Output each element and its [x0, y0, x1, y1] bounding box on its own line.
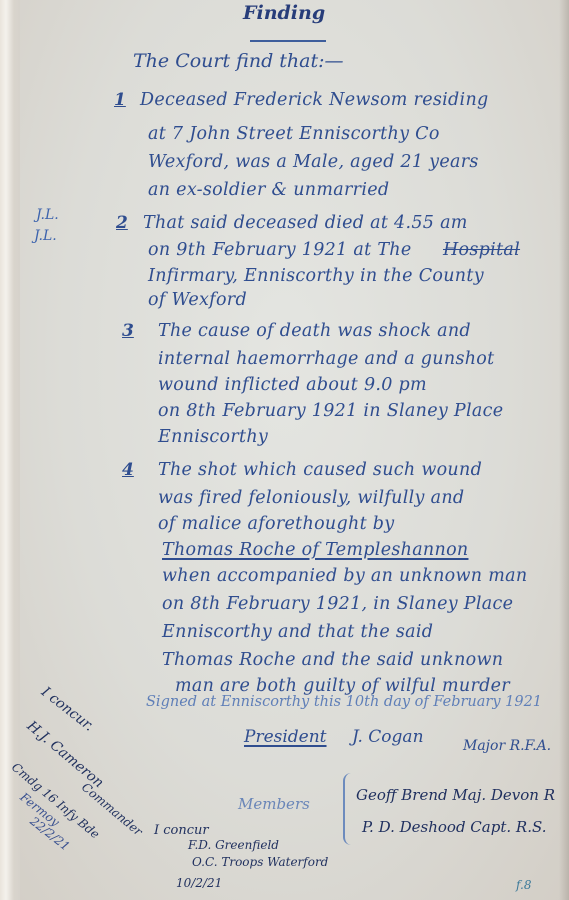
president-label: President	[244, 727, 327, 747]
finding-3-line-5: Enniscorthy	[158, 427, 268, 447]
finding-1-number: 1	[114, 90, 126, 110]
finding-4-line-1: The shot which caused such wound	[158, 460, 482, 480]
diag-concur-label: I concur.	[38, 684, 96, 735]
finding-1-line-3: Wexford, was a Male, aged 21 years	[148, 152, 479, 172]
finding-1-line-4: an ex-soldier & unmarried	[148, 180, 389, 200]
finding-3-line-4: on 8th February 1921 in Slaney Place	[158, 401, 503, 421]
president-rank: Major R.F.A.	[463, 738, 551, 754]
finding-3-line-3: wound inflicted about 9.0 pm	[158, 375, 427, 395]
finding-2-line-2: on 9th February 1921 at The	[148, 240, 412, 260]
finding-4-line-2: was fired feloniously, wilfully and	[158, 488, 464, 508]
member-1-signature: Geoff Brend Maj. Devon R	[356, 786, 555, 804]
president-signature: J. Cogan	[352, 727, 424, 747]
oc-date: 10/2/21	[176, 876, 222, 890]
finding-1-line-2: at 7 John Street Enniscorthy Co	[148, 124, 440, 144]
heading-underline	[250, 40, 326, 42]
member-2-signature: P. D. Deshood Capt. R.S.	[362, 818, 546, 836]
members-label: Members	[238, 795, 310, 813]
finding-2-number: 2	[116, 213, 128, 233]
finding-4-number: 4	[122, 460, 134, 480]
finding-3-line-1: The cause of death was shock and	[158, 321, 471, 341]
finding-4-line-6: on 8th February 1921, in Slaney Place	[162, 594, 513, 614]
finding-3-number: 3	[122, 321, 134, 341]
finding-2-line-1: That said deceased died at 4.55 am	[143, 213, 468, 233]
finding-3-line-2: internal haemorrhage and a gunshot	[158, 349, 494, 369]
finding-4-line-3: of malice aforethought by	[158, 514, 394, 534]
finding-4-line-4: Thomas Roche of Templeshannon	[162, 540, 468, 560]
margin-initials-1: J.L.	[36, 207, 59, 223]
oc-concur-label: I concur	[154, 823, 209, 838]
oc-title: O.C. Troops Waterford	[192, 855, 328, 869]
finding-4-line-8: Thomas Roche and the said unknown	[162, 650, 503, 670]
finding-2-struck-word: Hospital	[443, 240, 520, 260]
finding-2-line-3: Infirmary, Enniscorthy in the County	[148, 266, 484, 286]
finding-4-line-5: when accompanied by an unknown man	[162, 566, 527, 586]
finding-4-line-9: man are both guilty of wilful murder	[175, 676, 510, 696]
page-mark: f.8	[516, 878, 531, 892]
intro-line: The Court find that:—	[133, 50, 344, 72]
finding-1-line-1: Deceased Frederick Newsom residing	[140, 90, 489, 110]
signed-at-line: Signed at Enniscorthy this 10th day of F…	[146, 694, 542, 710]
oc-signature: F.D. Greenfield	[188, 838, 279, 852]
members-bracket	[343, 773, 353, 845]
margin-initials-2: J.L.	[34, 228, 57, 244]
finding-2-line-4: of Wexford	[148, 290, 247, 310]
document-heading: Finding	[243, 2, 325, 24]
document-page: Finding The Court find that:— J.L. J.L. …	[0, 0, 569, 900]
finding-4-line-7: Enniscorthy and that the said	[162, 622, 433, 642]
